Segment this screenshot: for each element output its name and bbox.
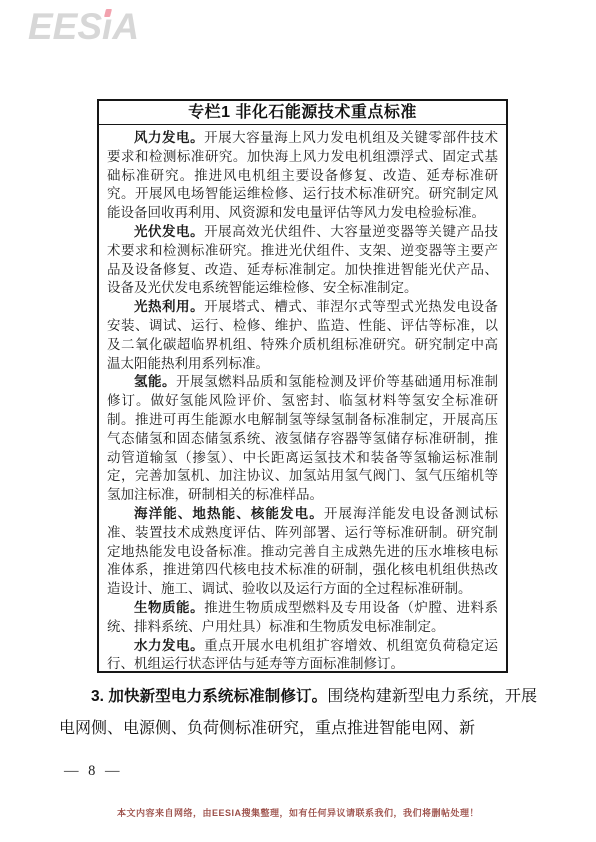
paragraph-lead: 光伏发电。 (134, 224, 204, 239)
logo-text-ees: EES (28, 6, 102, 47)
paragraph-lead: 生物质能。 (134, 600, 204, 615)
document-page: EESıA 专栏1 非化石能源技术重点标准 风力发电。开展大容量海上风力发电机组… (0, 0, 596, 842)
column-paragraph: 光伏发电。开展高效光伏组件、大容量逆变器等关键产品技术要求和检测标准研究。推进光… (107, 223, 498, 298)
column-paragraph: 光热利用。开展塔式、槽式、菲涅尔式等型式光热发电设备安装、调试、运行、检修、维护… (107, 298, 498, 373)
column-box-body: 风力发电。开展大容量海上风力发电机组及关键零部件技术要求和检测标准研究。加快海上… (99, 125, 506, 674)
paragraph-lead: 光热利用。 (134, 299, 204, 314)
eesia-logo-watermark: EESıA (28, 6, 139, 48)
body-paragraph: 3. 加快新型电力系统标准制修订。围绕构建新型电力系统，开展电网侧、电源侧、负荷… (59, 681, 537, 744)
logo-letter-i: ı (102, 6, 112, 48)
logo-text-a: A (112, 6, 139, 47)
page-number: — 8 — (64, 763, 123, 780)
paragraph-lead: 水力发电。 (134, 638, 204, 653)
body-paragraph-lead: 3. 加快新型电力系统标准制修订。 (91, 688, 327, 705)
paragraph-text: 开展氢燃料品质和氢能检测及评价等基础通用标准制修订。做好氢能风险评价、氢密封、临… (107, 374, 498, 502)
paragraph-lead: 风力发电。 (134, 130, 204, 145)
column-paragraph: 生物质能。推进生物质成型燃料及专用设备（炉膛、进料系统、排料系统、户用灶具）标准… (107, 599, 498, 637)
paragraph-lead: 氢能。 (134, 374, 176, 389)
footer-disclaimer: 本文内容来自网络，由EESIA搜集整理，如有任何异议请联系我们，我们将删帖处理！ (0, 806, 596, 819)
column-paragraph: 氢能。开展氢燃料品质和氢能检测及评价等基础通用标准制修订。做好氢能风险评价、氢密… (107, 373, 498, 505)
paragraph-lead: 海洋能、地热能、核能发电。 (134, 506, 324, 521)
column-paragraph: 水力发电。重点开展水电机组扩容增效、机组宽负荷稳定运行、机组运行状态评估与延寿等… (107, 637, 498, 675)
feature-column-box: 专栏1 非化石能源技术重点标准 风力发电。开展大容量海上风力发电机组及关键零部件… (97, 99, 508, 673)
column-paragraph: 风力发电。开展大容量海上风力发电机组及关键零部件技术要求和检测标准研究。加快海上… (107, 129, 498, 223)
column-paragraph: 海洋能、地热能、核能发电。开展海洋能发电设备测试标准、装置技术成熟度评估、阵列部… (107, 505, 498, 599)
column-box-title: 专栏1 非化石能源技术重点标准 (99, 101, 506, 125)
